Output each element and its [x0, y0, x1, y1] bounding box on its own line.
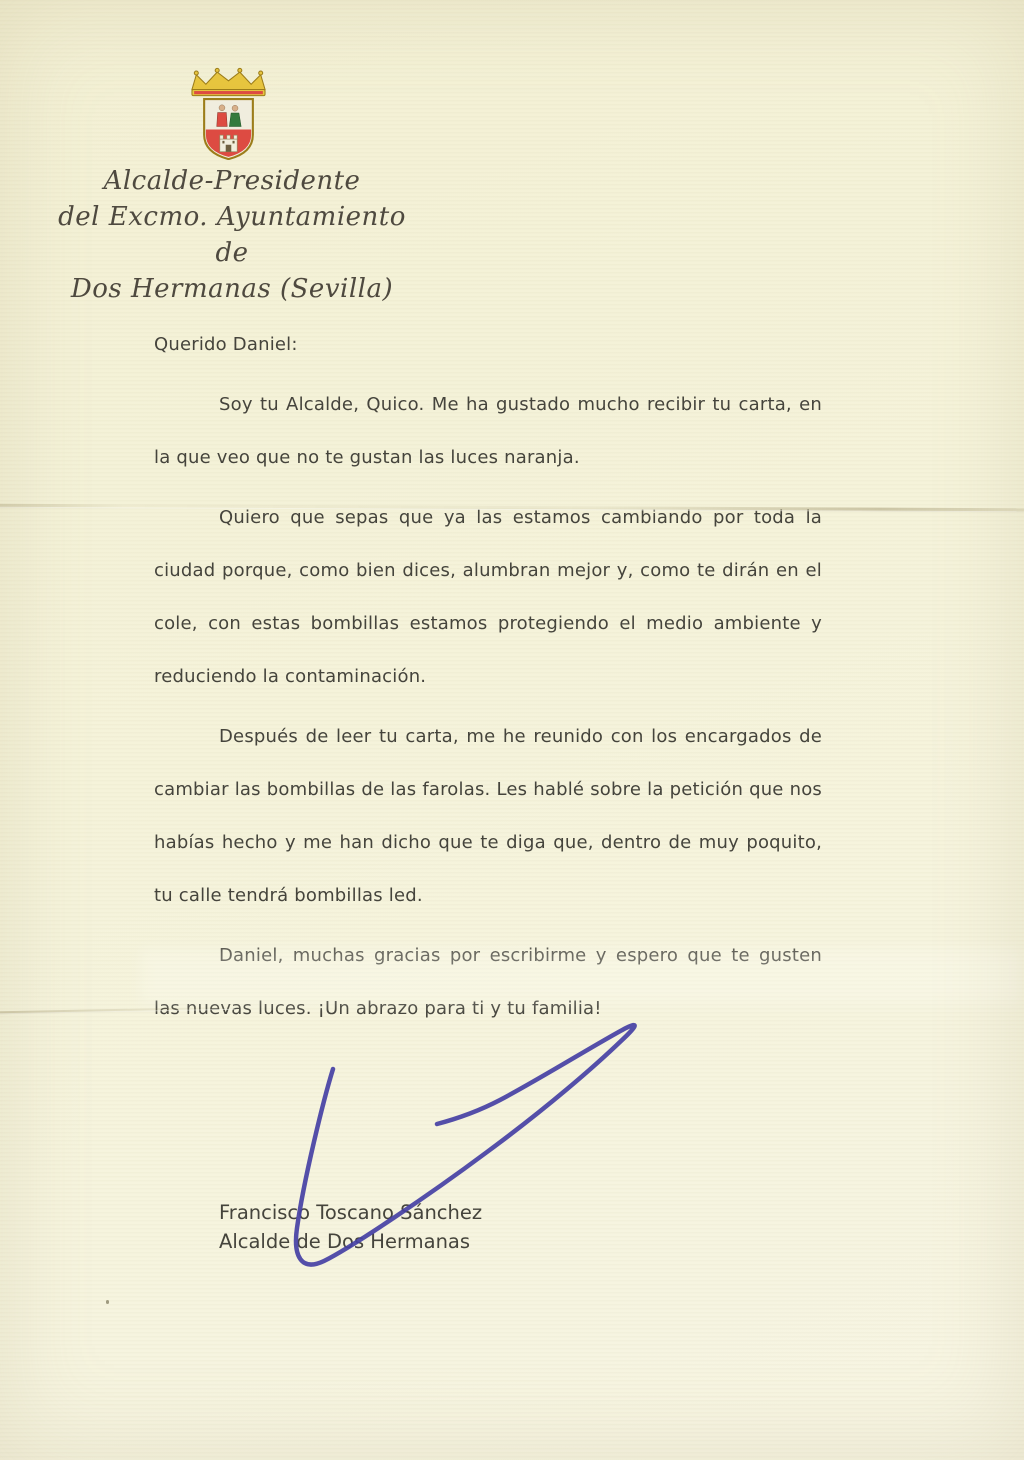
letterhead-line-1: Alcalde-Presidente: [38, 163, 426, 199]
paragraph-1: Soy tu Alcalde, Quico. Me ha gustado muc…: [154, 378, 822, 484]
castle-tower-icon: [220, 135, 237, 152]
letterhead: Alcalde-Presidente del Excmo. Ayuntamien…: [38, 163, 426, 307]
letter-body: Querido Daniel: Soy tu Alcalde, Quico. M…: [154, 318, 822, 1035]
paper-speck: [106, 1300, 109, 1304]
signer-name: Francisco Toscano Sánchez: [219, 1199, 482, 1228]
letterhead-line-3: Dos Hermanas (Sevilla): [38, 271, 426, 307]
letter-page: Alcalde-Presidente del Excmo. Ayuntamien…: [0, 0, 1024, 1460]
shield-icon: [204, 99, 253, 159]
paragraph-4: Daniel, muchas gracias por escribirme y …: [154, 929, 822, 1035]
signer-block: Francisco Toscano Sánchez Alcalde de Dos…: [219, 1199, 482, 1256]
paragraph-3: Después de leer tu carta, me he reunido …: [154, 710, 822, 922]
dos-hermanas-crest-icon: [185, 66, 272, 160]
letterhead-line-2: del Excmo. Ayuntamiento de: [38, 199, 426, 271]
greeting: Querido Daniel:: [154, 318, 822, 371]
paragraph-2: Quiero que sepas que ya las estamos camb…: [154, 491, 822, 703]
signer-title: Alcalde de Dos Hermanas: [219, 1228, 482, 1257]
crown-icon: [192, 68, 265, 95]
